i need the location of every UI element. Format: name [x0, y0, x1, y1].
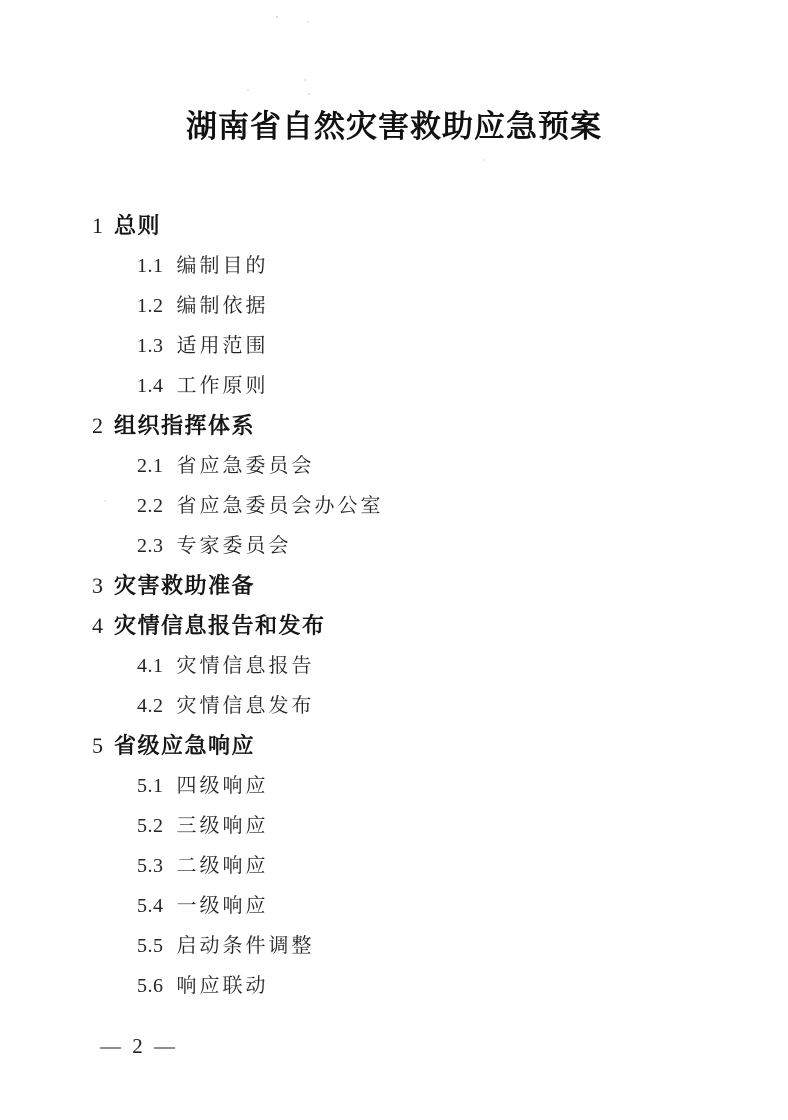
toc-item-label: 省应急委员会: [177, 446, 315, 486]
toc-item: 4.2 灾情信息发布: [137, 686, 712, 726]
toc-item-number: 5.6: [137, 966, 164, 1006]
toc-item: 2.2 省应急委员会办公室: [137, 486, 712, 526]
toc-item: 1.4 工作原则: [137, 366, 712, 406]
toc-item-number: 1.3: [137, 326, 164, 366]
scan-speck: [308, 93, 310, 95]
toc-item-label: 工作原则: [177, 366, 269, 406]
toc-item: 3 灾害救助准备: [92, 566, 712, 606]
toc-item-number: 2.2: [137, 486, 164, 526]
toc-item: 5.6 响应联动: [137, 966, 712, 1006]
scan-speck: [483, 159, 485, 161]
toc-item-label: 一级响应: [177, 886, 269, 926]
toc-item: 2.3 专家委员会: [137, 526, 712, 566]
toc-item-number: 5.5: [137, 926, 164, 966]
toc-item-label: 灾情信息发布: [177, 686, 315, 726]
toc-item-number: 2.1: [137, 446, 164, 486]
toc-item: 5.1 四级响应: [137, 766, 712, 806]
toc-item: 5.4 一级响应: [137, 886, 712, 926]
toc-item: 5.3 二级响应: [137, 846, 712, 886]
toc-item-number: 5.4: [137, 886, 164, 926]
toc-item: 2 组织指挥体系: [92, 406, 712, 446]
toc-item-label: 灾情信息报告: [177, 646, 315, 686]
toc-item: 1 总则: [92, 206, 712, 246]
toc-item-number: 1.4: [137, 366, 164, 406]
toc-item: 2.1 省应急委员会: [137, 446, 712, 486]
toc-item-number: 1.2: [137, 286, 164, 326]
toc-item-label: 二级响应: [177, 846, 269, 886]
toc-item-number: 5: [92, 726, 103, 766]
toc-item-number: 2.3: [137, 526, 164, 566]
toc-item-number: 4.1: [137, 646, 164, 686]
toc-list: 1 总则 1.1 编制目的 1.2 编制依据 1.3 适用范围 1.4 工作原则…: [92, 206, 712, 1006]
toc-item: 4 灾情信息报告和发布: [92, 606, 712, 646]
toc-item-number: 2: [92, 406, 103, 446]
scan-speck: [276, 16, 278, 18]
toc-item-number: 5.1: [137, 766, 164, 806]
toc-item-label: 响应联动: [177, 966, 269, 1006]
toc-item-label: 省应急委员会办公室: [177, 486, 384, 526]
toc-item: 1.3 适用范围: [137, 326, 712, 366]
toc-item-label: 编制依据: [177, 286, 269, 326]
toc-item: 1.1 编制目的: [137, 246, 712, 286]
toc-item-label: 总则: [114, 206, 161, 246]
toc-item-number: 3: [92, 566, 103, 606]
toc-item-number: 5.3: [137, 846, 164, 886]
toc-item: 4.1 灾情信息报告: [137, 646, 712, 686]
scan-speck: [307, 21, 309, 23]
toc-item-number: 5.2: [137, 806, 164, 846]
toc-item-label: 灾情信息报告和发布: [114, 606, 326, 646]
toc-item-label: 四级响应: [177, 766, 269, 806]
toc-item: 5 省级应急响应: [92, 726, 712, 766]
document-title: 湖南省自然灾害救助应急预案: [0, 108, 788, 146]
toc-item-number: 4.2: [137, 686, 164, 726]
toc-item-label: 编制目的: [177, 246, 269, 286]
page-number: — 2 —: [100, 1032, 178, 1060]
toc-item: 5.2 三级响应: [137, 806, 712, 846]
scan-speck: [304, 79, 306, 81]
toc-item-label: 灾害救助准备: [114, 566, 255, 606]
toc-item-label: 省级应急响应: [114, 726, 255, 766]
toc-item-number: 1: [92, 206, 103, 246]
toc-item-label: 三级响应: [177, 806, 269, 846]
scan-speck: [104, 500, 107, 502]
toc-item-number: 1.1: [137, 246, 164, 286]
toc-item-label: 组织指挥体系: [114, 406, 255, 446]
toc-item-label: 启动条件调整: [177, 926, 315, 966]
document-page: 湖南省自然灾害救助应急预案 1 总则 1.1 编制目的 1.2 编制依据 1.3…: [0, 0, 788, 1120]
toc-item-number: 4: [92, 606, 103, 646]
scan-speck: [247, 89, 249, 91]
toc-item-label: 专家委员会: [177, 526, 292, 566]
toc-item: 5.5 启动条件调整: [137, 926, 712, 966]
toc-item: 1.2 编制依据: [137, 286, 712, 326]
toc-item-label: 适用范围: [177, 326, 269, 366]
